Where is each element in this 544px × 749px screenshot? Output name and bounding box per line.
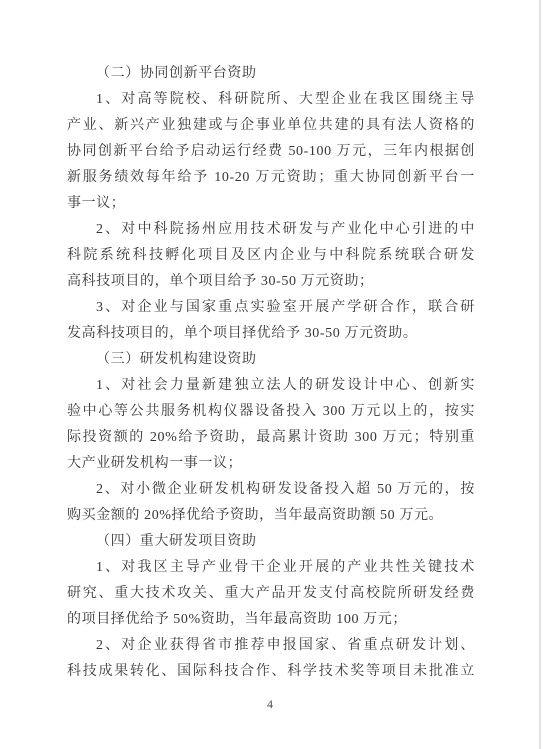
text-line: 1、对我区主导产业骨干企业开展的产业共性关键技术 <box>67 555 475 581</box>
text-line: （三）研发机构建设资助 <box>67 347 475 373</box>
text-line: 3、对企业与国家重点实验室开展产学研合作，联合研 <box>67 295 475 321</box>
text-line: 验中心等公共服务机构仪器设备投入 300 万元以上的，按实 <box>67 399 475 425</box>
text-line: （四）重大研发项目资助 <box>67 529 475 555</box>
text-line: 研究、重大技术攻关、重大产品开发支付高校院所研发经费 <box>67 581 475 607</box>
text-line: 新服务绩效每年给予 10-20 万元资助；重大协同创新平台一 <box>67 165 475 191</box>
text-line: 的项目择优给予 50%资助，当年最高资助 100 万元； <box>67 607 475 633</box>
text-line: 1、对高等院校、科研院所、大型企业在我区围绕主导 <box>67 87 475 113</box>
text-line: 大产业研发机构一事一议； <box>67 451 475 477</box>
text-line: 1、对社会力量新建独立法人的研发设计中心、创新实 <box>67 373 475 399</box>
text-line: 2、对企业获得省市推荐申报国家、省重点研发计划、 <box>67 633 475 659</box>
text-line: 2、对小微企业研发机构研发设备投入超 50 万元的，按 <box>67 477 475 503</box>
text-line: 购买金额的 20%择优给予资助，当年最高资助额 50 万元。 <box>67 503 475 529</box>
text-line: 发高科技项目的，单个项目择优给予 30-50 万元资助。 <box>67 321 475 347</box>
page-number: 4 <box>0 697 540 712</box>
text-line: 高科技项目的，单个项目给予 30-50 万元资助； <box>67 269 475 295</box>
text-line: 际投资额的 20%给予资助，最高累计资助 300 万元；特别重 <box>67 425 475 451</box>
text-line: 科技成果转化、国际科技合作、科学技术奖等项目未批准立 <box>67 659 475 685</box>
text-line: 协同创新平台给予启动运行经费 50-100 万元，三年内根据创 <box>67 139 475 165</box>
text-line: （二）协同创新平台资助 <box>67 61 475 87</box>
text-line: 科院系统科技孵化项目及区内企业与中科院系统联合研发 <box>67 243 475 269</box>
text-line: 2、对中科院扬州应用技术研发与产业化中心引进的中 <box>67 217 475 243</box>
text-line: 事一议； <box>67 191 475 217</box>
document-body: （二）协同创新平台资助1、对高等院校、科研院所、大型企业在我区围绕主导产业、新兴… <box>67 61 475 685</box>
text-line: 产业、新兴产业独建或与企事业单位共建的具有法人资格的 <box>67 113 475 139</box>
page-edge-line <box>539 0 541 749</box>
document-page: （二）协同创新平台资助1、对高等院校、科研院所、大型企业在我区围绕主导产业、新兴… <box>0 0 544 749</box>
